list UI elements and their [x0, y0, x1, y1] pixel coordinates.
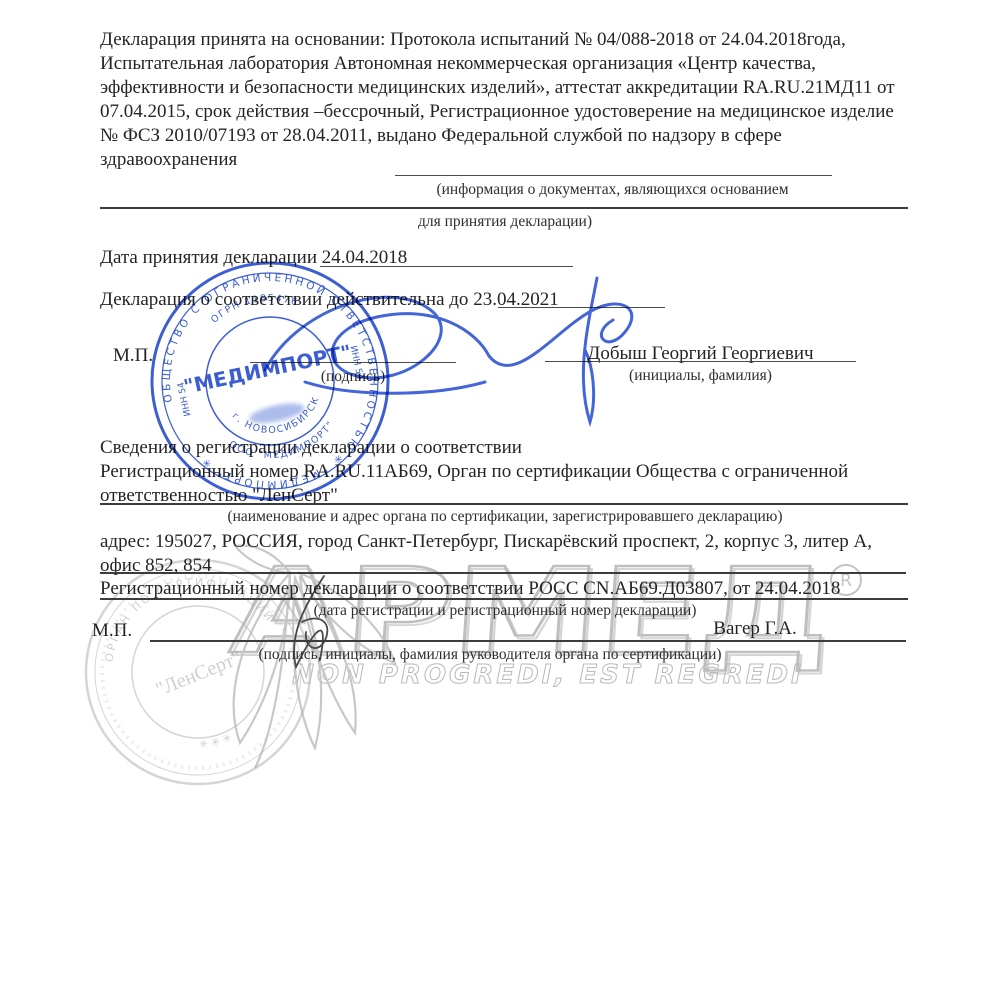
ruling-line: [100, 572, 906, 574]
director-signature: [245, 270, 665, 440]
basis-caption-line1: (информация о документах, являющихся осн…: [390, 181, 835, 199]
ruling-line: [395, 175, 832, 176]
declaration-document-page: { "document": { "basis_paragraph": "Декл…: [0, 0, 1000, 1000]
mp-label-2: М.П.: [92, 619, 132, 643]
address-paragraph: адрес: 195027, РОССИЯ, город Санкт-Петер…: [100, 530, 912, 578]
ruling-line: [100, 598, 908, 600]
head-signature-line: [150, 640, 906, 642]
lensert-ring-bottom-text: ✳ ✳ ✳: [196, 730, 234, 753]
basis-paragraph: Декларация принята на основании: Протоко…: [100, 28, 912, 172]
head-caption: (подпись, инициалы, фамилия руководителя…: [100, 646, 880, 664]
head-name: Вагер Г.А.: [605, 617, 905, 641]
svg-text:✳ ✳ ✳: ✳ ✳ ✳: [196, 730, 234, 753]
basis-caption-line2: для принятия декларации): [100, 213, 910, 231]
ruling-line: [100, 207, 908, 209]
